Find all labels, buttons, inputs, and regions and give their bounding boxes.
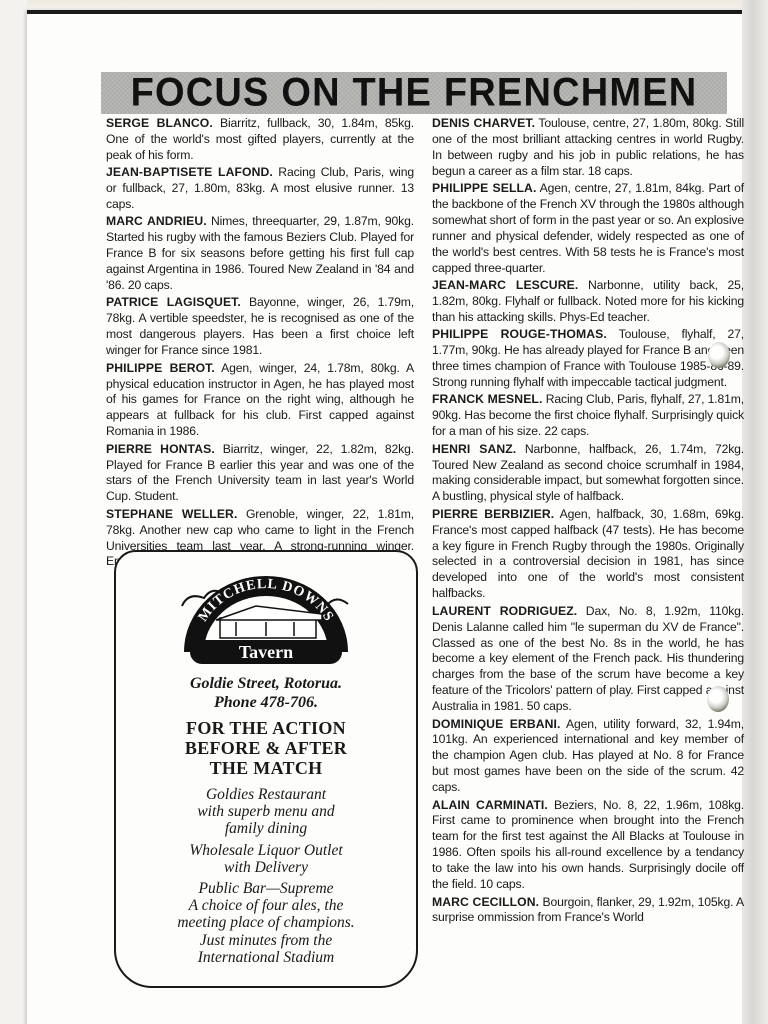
- blurb-line: Wholesale Liquor Outlet: [116, 842, 416, 859]
- restaurant-blurb: Goldies Restaurant with superb menu and …: [116, 786, 416, 837]
- player-name: DENIS CHARVET.: [432, 116, 535, 130]
- address-phone: Phone 478-706.: [116, 693, 416, 712]
- player-name: PATRICE LAGISQUET.: [106, 295, 241, 309]
- player-entry: MARC ANDRIEU. Nimes, threequarter, 29, 1…: [106, 214, 414, 294]
- player-name: PHILIPPE SELLA.: [432, 181, 536, 195]
- player-name: DOMINIQUE ERBANI.: [432, 717, 561, 731]
- player-entry: HENRI SANZ. Narbonne, halfback, 26, 1.74…: [432, 442, 744, 506]
- left-column: SERGE BLANCO. Biarritz, fullback, 30, 1.…: [106, 116, 414, 572]
- player-name: SERGE BLANCO.: [106, 116, 213, 130]
- page-top-shadow: [27, 0, 747, 10]
- player-entry: PHILIPPE SELLA. Agen, centre, 27, 1.81m,…: [432, 181, 744, 276]
- player-name: ALAIN CARMINATI.: [432, 798, 548, 812]
- player-entry: PIERRE BERBIZIER. Agen, halfback, 30, 1.…: [432, 507, 744, 602]
- player-name: PIERRE HONTAS.: [106, 442, 215, 456]
- blurb-line: International Stadium: [116, 949, 416, 966]
- player-name: STEPHANE WELLER.: [106, 507, 237, 521]
- player-name: LAURENT RODRIGUEZ.: [432, 604, 577, 618]
- headline-title: FOCUS ON THE FRENCHMEN: [131, 73, 698, 113]
- player-entry: SERGE BLANCO. Biarritz, fullback, 30, 1.…: [106, 116, 414, 164]
- staple-hole-icon: [707, 686, 729, 712]
- player-entry: DOMINIQUE ERBANI. Agen, utility forward,…: [432, 717, 744, 797]
- bar-blurb: Public Bar—Supreme A choice of four ales…: [116, 880, 416, 931]
- player-name: MARC CECILLON.: [432, 895, 539, 909]
- player-name: FRANCK MESNEL.: [432, 392, 542, 406]
- player-name: JEAN-BAPTISETE LAFOND.: [106, 165, 273, 179]
- player-entry: FRANCK MESNEL. Racing Club, Paris, flyha…: [432, 392, 744, 440]
- blurb-line: family dining: [116, 820, 416, 837]
- blurb-line: with superb menu and: [116, 803, 416, 820]
- player-name: JEAN-MARC LESCURE.: [432, 278, 578, 292]
- blurb-line: with Delivery: [116, 859, 416, 876]
- player-entry: JEAN-BAPTISETE LAFOND. Racing Club, Pari…: [106, 165, 414, 213]
- tavern-logo-icon: MITCHELL DOWNS Tavern: [176, 566, 356, 666]
- location-blurb: Just minutes from the International Stad…: [116, 932, 416, 966]
- page-binding-edge: [742, 0, 768, 1024]
- blurb-line: Public Bar—Supreme: [116, 880, 416, 897]
- blurb-line: Goldies Restaurant: [116, 786, 416, 803]
- right-column: DENIS CHARVET. Toulouse, centre, 27, 1.8…: [432, 116, 744, 928]
- player-entry: ALAIN CARMINATI. Beziers, No. 8, 22, 1.9…: [432, 798, 744, 893]
- player-bio: Dax, No. 8, 1.92m, 110kg. Denis Lalanne …: [432, 604, 744, 713]
- player-entry: LAURENT RODRIGUEZ. Dax, No. 8, 1.92m, 11…: [432, 604, 744, 715]
- logo-banner-text: Tavern: [239, 642, 293, 662]
- liquor-blurb: Wholesale Liquor Outlet with Delivery: [116, 842, 416, 876]
- player-bio: Agen, centre, 27, 1.81m, 84kg. Part of t…: [432, 181, 744, 275]
- blurb-line: meeting place of champions.: [116, 914, 416, 931]
- player-entry: JEAN-MARC LESCURE. Narbonne, utility bac…: [432, 278, 744, 326]
- player-entry: PHILIPPE BEROT. Agen, winger, 24, 1.78m,…: [106, 361, 414, 441]
- address-street: Goldie Street, Rotorua.: [116, 674, 416, 693]
- blurb-line: A choice of four ales, the: [116, 897, 416, 914]
- player-name: MARC ANDRIEU.: [106, 214, 207, 228]
- tavern-address: Goldie Street, Rotorua. Phone 478-706.: [116, 674, 416, 712]
- slogan-line: BEFORE & AFTER: [116, 738, 416, 758]
- player-name: PHILIPPE BEROT.: [106, 361, 215, 375]
- player-entry: PHILIPPE ROUGE-THOMAS. Toulouse, flyhalf…: [432, 327, 744, 391]
- tavern-advertisement: MITCHELL DOWNS Tavern Goldie Street, Rot…: [114, 550, 418, 988]
- blurb-line: Just minutes from the: [116, 932, 416, 949]
- staple-hole-icon: [708, 342, 730, 368]
- player-name: PHILIPPE ROUGE-THOMAS.: [432, 327, 607, 341]
- headline-banner: FOCUS ON THE FRENCHMEN: [101, 72, 727, 114]
- tavern-slogan: FOR THE ACTION BEFORE & AFTER THE MATCH: [116, 718, 416, 778]
- player-entry: PIERRE HONTAS. Biarritz, winger, 22, 1.8…: [106, 442, 414, 506]
- slogan-line: FOR THE ACTION: [116, 718, 416, 738]
- player-entry: DENIS CHARVET. Toulouse, centre, 27, 1.8…: [432, 116, 744, 180]
- player-name: HENRI SANZ.: [432, 442, 516, 456]
- player-entry: PATRICE LAGISQUET. Bayonne, winger, 26, …: [106, 295, 414, 359]
- player-entry: MARC CECILLON. Bourgoin, flanker, 29, 1.…: [432, 895, 744, 927]
- player-name: PIERRE BERBIZIER.: [432, 507, 554, 521]
- slogan-line: THE MATCH: [116, 758, 416, 778]
